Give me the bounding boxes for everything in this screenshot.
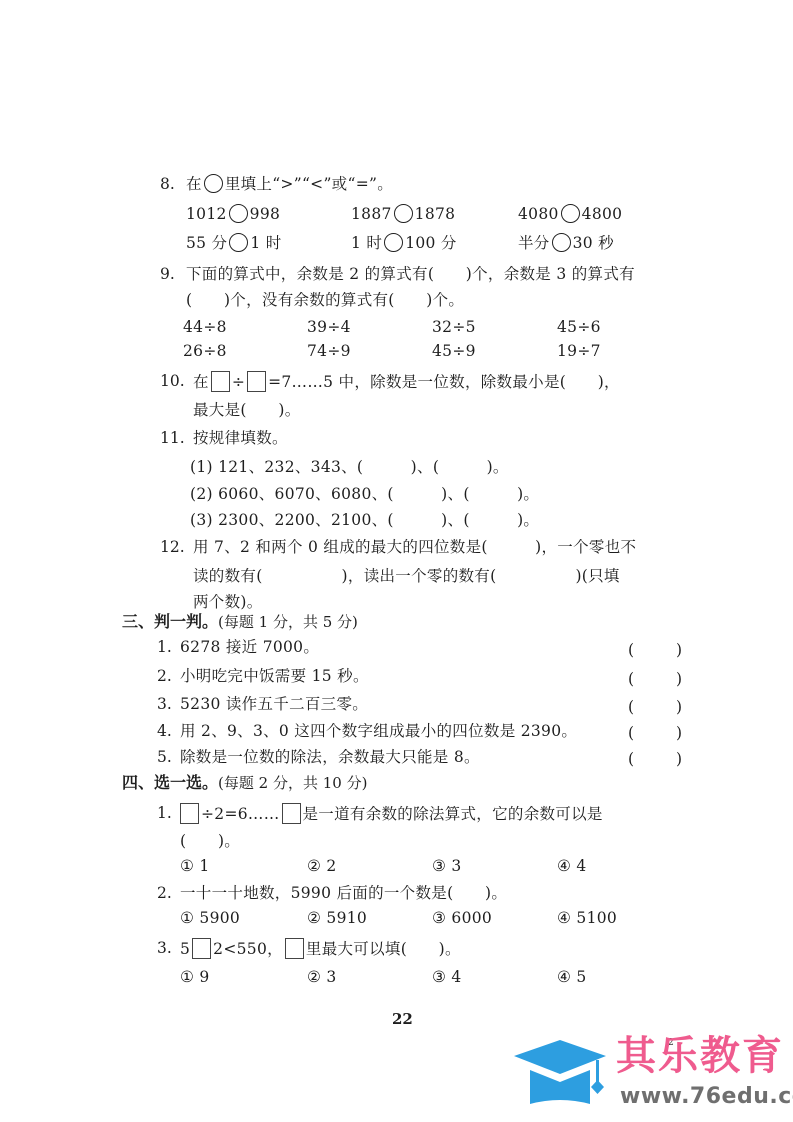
option[interactable]: ④ 5: [557, 967, 587, 987]
option[interactable]: ① 5900: [180, 908, 240, 928]
question-text: 用 7、2 和两个 0 组成的最大的四位数是( )，一个零也不: [193, 537, 636, 557]
sequence-item: (1) 121、232、343、( )、( )。: [190, 457, 509, 477]
option[interactable]: ④ 4: [557, 856, 587, 876]
question-number: 12.: [160, 537, 185, 557]
compare-item: 40804800: [518, 204, 622, 224]
option[interactable]: ① 1: [180, 856, 210, 876]
expression: 74÷9: [307, 341, 351, 361]
statement: 小明吃完中饭需要 15 秒。: [180, 666, 369, 686]
question-text: 一十一十地数，5990 后面的一个数是( )。: [180, 883, 507, 903]
option[interactable]: ① 9: [180, 967, 210, 987]
question-text: ( )个，没有余数的算式有( )个。: [186, 290, 464, 310]
question-text: 下面的算式中，余数是 2 的算式有( )个，余数是 3 的算式有: [186, 264, 635, 284]
expression: 19÷7: [557, 341, 601, 361]
compare-item: 55 分1 时: [186, 233, 282, 253]
blank-circle-icon[interactable]: [394, 204, 413, 223]
blank-circle-icon[interactable]: [229, 204, 248, 223]
question-text: 在÷=7……5 中，除数是一位数，除数最小是( )，: [193, 371, 620, 392]
watermark-logo: 其乐教育 www.76edu.com: [508, 1030, 793, 1120]
option[interactable]: ④ 5100: [557, 908, 617, 928]
question-8-prompt: 在里填上“>”“<”或“=”。: [186, 174, 393, 194]
expression: 39÷4: [307, 317, 351, 337]
sequence-item: (2) 6060、6070、6080、( )、( )。: [190, 484, 539, 504]
blank-circle-icon[interactable]: [552, 233, 571, 252]
blank-circle-icon[interactable]: [229, 233, 248, 252]
blank-box-icon[interactable]: [285, 938, 304, 959]
blank-circle-icon[interactable]: [384, 233, 403, 252]
answer-paren[interactable]: (): [628, 749, 682, 769]
question-text: ( )。: [180, 831, 240, 851]
section-title: 四、选一选。(每题 2 分，共 10 分): [122, 773, 367, 793]
blank-circle-icon[interactable]: [561, 204, 580, 223]
option[interactable]: ③ 4: [432, 967, 462, 987]
statement: 除数是一位数的除法，余数最大只能是 8。: [180, 747, 480, 767]
question-number: 9.: [160, 264, 175, 284]
item-number: 3.: [157, 938, 172, 958]
sequence-item: (3) 2300、2200、2100、( )、( )。: [190, 510, 539, 530]
item-number: 2.: [157, 666, 172, 686]
blank-box-icon[interactable]: [180, 803, 199, 824]
graduation-cap-icon: [508, 1034, 612, 1114]
question-text: 最大是( )。: [193, 400, 301, 420]
blank-box-icon[interactable]: [192, 938, 211, 959]
expression: 44÷8: [183, 317, 227, 337]
blank-circle-icon[interactable]: [204, 174, 223, 193]
question-number: 11.: [160, 428, 185, 448]
answer-paren[interactable]: (): [628, 723, 682, 743]
statement: 5230 读作五千二百三零。: [180, 694, 368, 714]
compare-item: 1 时100 分: [351, 233, 457, 253]
compare-item: 18871878: [351, 204, 455, 224]
statement: 6278 接近 7000。: [180, 637, 319, 657]
section-title: 三、判一判。(每题 1 分，共 5 分): [122, 612, 358, 632]
item-number: 4.: [157, 721, 172, 741]
question-text: 按规律填数。: [193, 428, 288, 448]
option[interactable]: ② 5910: [307, 908, 367, 928]
answer-paren[interactable]: (): [628, 697, 682, 717]
item-number: 1.: [157, 803, 172, 823]
compare-item: 半分30 秒: [518, 233, 614, 253]
page-number: 22: [392, 1010, 413, 1028]
item-number: 2.: [157, 883, 172, 903]
question-number: 8.: [160, 174, 175, 194]
blank-box-icon[interactable]: [211, 371, 230, 392]
question-text: 两个数)。: [193, 592, 263, 612]
blank-box-icon[interactable]: [282, 803, 301, 824]
question-text: ÷2=6……是一道有余数的除法算式，它的余数可以是: [178, 803, 603, 824]
brand-name: 其乐教育: [616, 1033, 784, 1079]
option[interactable]: ② 2: [307, 856, 337, 876]
item-number: 5.: [157, 747, 172, 767]
option[interactable]: ③ 6000: [432, 908, 492, 928]
expression: 26÷8: [183, 341, 227, 361]
statement: 用 2、9、3、0 这四个数字组成最小的四位数是 2390。: [180, 721, 577, 741]
expression: 32÷5: [432, 317, 476, 337]
answer-paren[interactable]: (): [628, 640, 682, 660]
question-number: 10.: [160, 371, 185, 391]
brand-url: www.76edu.com: [620, 1084, 793, 1110]
item-number: 1.: [157, 637, 172, 657]
expression: 45÷9: [432, 341, 476, 361]
question-text: 读的数有( )，读出一个零的数有( )(只填: [193, 566, 620, 586]
item-number: 3.: [157, 694, 172, 714]
option[interactable]: ② 3: [307, 967, 337, 987]
answer-paren[interactable]: (): [628, 669, 682, 689]
blank-box-icon[interactable]: [247, 371, 266, 392]
option[interactable]: ③ 3: [432, 856, 462, 876]
expression: 45÷6: [557, 317, 601, 337]
compare-item: 1012998: [186, 204, 280, 224]
question-text: 52<550，里最大可以填( )。: [180, 938, 461, 959]
